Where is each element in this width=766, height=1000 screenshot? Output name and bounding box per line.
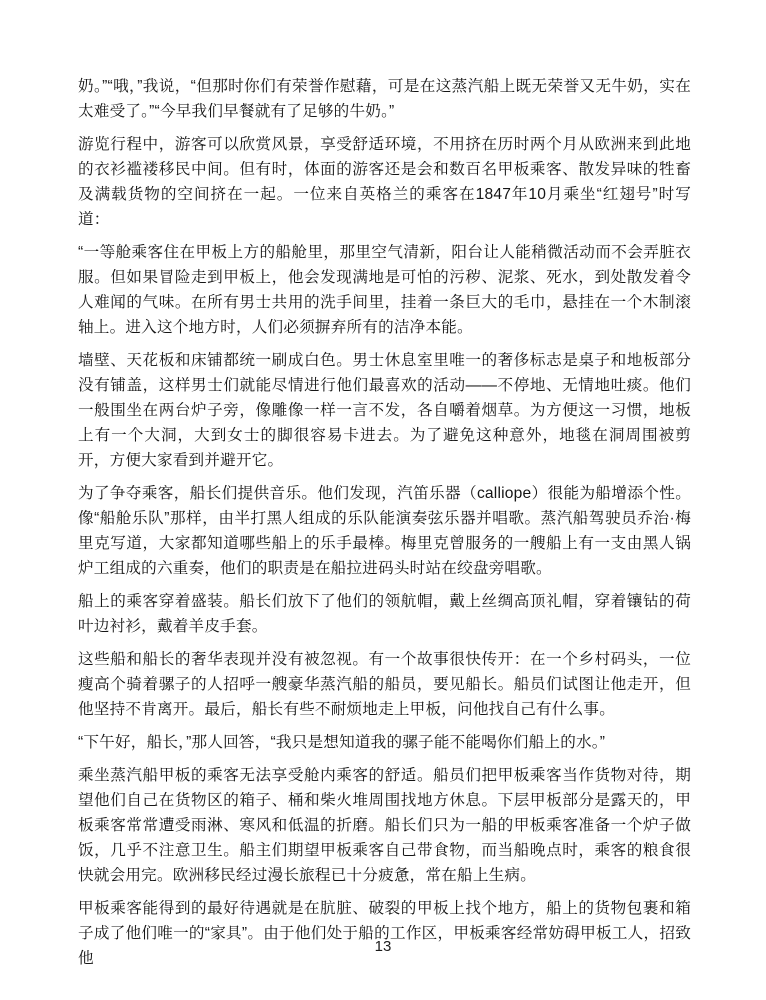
paragraph: 游览行程中，游客可以欣赏风景，享受舒适环境，不用挤在历时两个月从欧洲来到此地的衣… xyxy=(78,132,691,232)
paragraph: 船上的乘客穿着盛装。船长们放下了他们的领航帽，戴上丝绸高顶礼帽，穿着镶钻的荷叶边… xyxy=(78,589,691,639)
paragraph: 乘坐蒸汽船甲板的乘客无法享受舱内乘客的舒适。船员们把甲板乘客当作货物对待，期望他… xyxy=(78,763,691,888)
paragraph: “下午好，船长，”那人回答，“我只是想知道我的骡子能不能喝你们船上的水。” xyxy=(78,730,691,755)
paragraph: “一等舱乘客住在甲板上方的船舱里，那里空气清新，阳台让人能稍微活动而不会弄脏衣服… xyxy=(78,240,691,340)
paragraph: 墙壁、天花板和床铺都统一刷成白色。男士休息室里唯一的奢侈标志是桌子和地板部分没有… xyxy=(78,348,691,473)
paragraph: 为了争夺乘客，船长们提供音乐。他们发现，汽笛乐器（calliope）很能为船增添… xyxy=(78,481,691,581)
book-page: 奶。”“哦，”我说，“但那时你们有荣誉作慰藉，可是在这蒸汽船上既无荣誉又无牛奶，… xyxy=(0,0,766,1000)
paragraph: 奶。”“哦，”我说，“但那时你们有荣誉作慰藉，可是在这蒸汽船上既无荣誉又无牛奶，… xyxy=(78,74,691,124)
paragraph: 这些船和船长的奢华表现并没有被忽视。有一个故事很快传开：在一个乡村码头，一位瘦高… xyxy=(78,647,691,722)
page-number: 13 xyxy=(0,938,766,955)
page-text-block: 奶。”“哦，”我说，“但那时你们有荣誉作慰藉，可是在这蒸汽船上既无荣誉又无牛奶，… xyxy=(78,74,691,979)
paragraph: 甲板乘客能得到的最好待遇就是在肮脏、破裂的甲板上找个地方，船上的货物包裹和箱子成… xyxy=(78,896,691,971)
